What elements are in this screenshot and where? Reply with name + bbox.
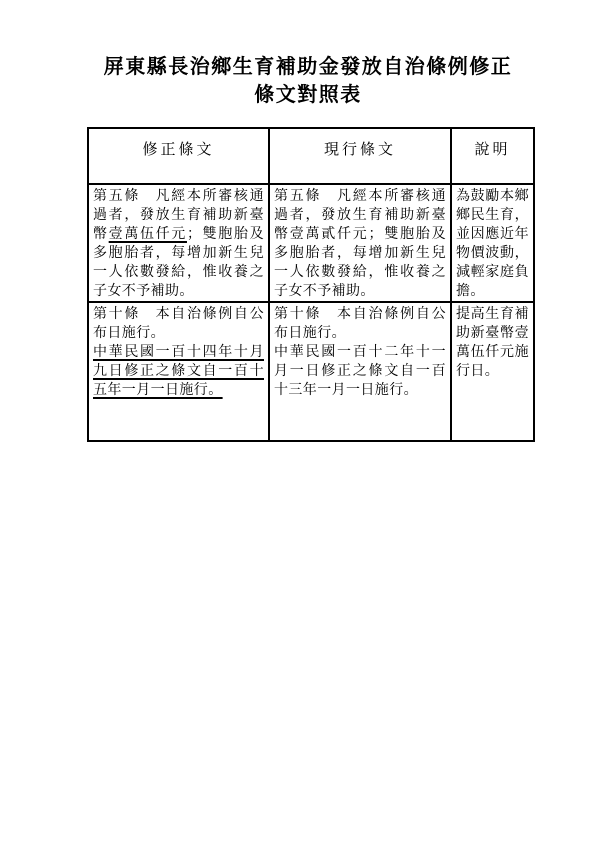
article10-amended-paragraph2-underlined: 中華民國一百十四年十月九日修正之條文自一百十五年一月一日施行。 [93, 343, 264, 400]
article10-current-paragraph2: 中華民國一百十二年十一月一日修正之條文自一百十三年一月一日施行。 [274, 343, 446, 400]
article10-note-paragraph: 提高生育補助新臺幣壹萬伍仟元施行日。 [456, 305, 529, 381]
column-header-amended: 修正條文 [88, 128, 269, 184]
article5-note-paragraph: 為鼓勵本鄉鄉民生育，並因應近年物價波動，減輕家庭負擔。 [456, 187, 529, 301]
cell-article10-current: 第十條 本自治條例自公布日施行。 中華民國一百十二年十一月一日修正之條文自一百十… [269, 302, 451, 441]
cell-article5-amended: 第五條 凡經本所審核通過者，發放生育補助新臺幣壹萬伍仟元；雙胞胎及多胞胎者，每增… [88, 184, 269, 302]
amendment-comparison-table: 修正條文 現行條文 說明 第五條 凡經本所審核通過者，發放生育補助新臺幣壹萬伍仟… [87, 127, 535, 442]
document-title-line1: 屏東縣長治鄉生育補助金發放自治條例修正 [0, 53, 616, 81]
cell-article5-current: 第五條 凡經本所審核通過者，發放生育補助新臺幣壹萬貳仟元；雙胞胎及多胞胎者，每增… [269, 184, 451, 302]
column-header-note: 說明 [451, 128, 534, 184]
column-header-current: 現行條文 [269, 128, 451, 184]
article10-amended-paragraph1: 第十條 本自治條例自公布日施行。 [93, 305, 264, 343]
article5-amended-paragraph: 第五條 凡經本所審核通過者，發放生育補助新臺幣壹萬伍仟元；雙胞胎及多胞胎者，每增… [93, 187, 264, 301]
article5-current-paragraph: 第五條 凡經本所審核通過者，發放生育補助新臺幣壹萬貳仟元；雙胞胎及多胞胎者，每增… [274, 187, 446, 301]
cell-article5-note: 為鼓勵本鄉鄉民生育，並因應近年物價波動，減輕家庭負擔。 [451, 184, 534, 302]
table-row-article5: 第五條 凡經本所審核通過者，發放生育補助新臺幣壹萬伍仟元；雙胞胎及多胞胎者，每增… [88, 184, 534, 302]
cell-article10-amended: 第十條 本自治條例自公布日施行。 中華民國一百十四年十月九日修正之條文自一百十五… [88, 302, 269, 441]
article10-current-paragraph1: 第十條 本自治條例自公布日施行。 [274, 305, 446, 343]
document-title: 屏東縣長治鄉生育補助金發放自治條例修正 條文對照表 [0, 53, 616, 109]
cell-article10-note: 提高生育補助新臺幣壹萬伍仟元施行日。 [451, 302, 534, 441]
document-title-line2: 條文對照表 [0, 81, 616, 109]
article5-amended-amount-underlined: 壹萬伍仟元 [109, 227, 187, 242]
table-header-row: 修正條文 現行條文 說明 [88, 128, 534, 184]
table-row-article10: 第十條 本自治條例自公布日施行。 中華民國一百十四年十月九日修正之條文自一百十五… [88, 302, 534, 441]
